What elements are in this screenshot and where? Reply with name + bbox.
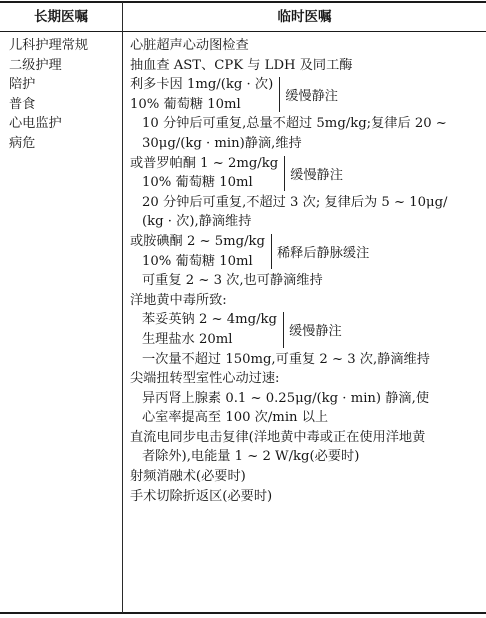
header-rule [0, 31, 486, 32]
temporary-order: 尖端扭转型室性心动过速: [130, 369, 482, 389]
drug-group-propafenone: 或普罗帕酮 1 ~ 2mg/kg 10% 葡萄糖 10ml 缓慢静注 [130, 154, 482, 193]
temporary-order: 手术切除折返区(必要时) [130, 487, 482, 507]
administration-note: 稀释后静脉缓注 [277, 242, 369, 261]
drug-diluent: 10% 葡萄糖 10ml [130, 173, 278, 193]
temporary-order: 心室率提高至 100 次/min 以上 [130, 408, 482, 428]
drug-dose: 或胺碘酮 2 ~ 5mg/kg [130, 232, 265, 252]
column-divider [122, 2, 123, 613]
temporary-order: 洋地黄中毒所致: [130, 291, 482, 311]
administration-note: 缓慢静注 [290, 164, 343, 183]
temporary-order: 异丙肾上腺素 0.1 ~ 0.25μg/(kg · min) 静滴,使 [130, 389, 482, 409]
drug-diluent: 10% 葡萄糖 10ml [130, 252, 265, 272]
drug-group-phenytoin: 苯妥英钠 2 ~ 4mg/kg 生理盐水 20ml 缓慢静注 [130, 310, 482, 349]
brace-bar [283, 312, 284, 347]
temporary-order: 直流电同步电击复律(洋地黄中毒或正在使用洋地黄 [130, 428, 482, 448]
table-bottom-rule [0, 612, 486, 614]
drug-diluent: 生理盐水 20ml [130, 330, 277, 350]
long-term-order: 病危 [9, 134, 119, 154]
temporary-order: 者除外),电能量 1 ~ 2 W/kg(必要时) [130, 447, 482, 467]
temporary-order: 抽血查 AST、CPK 与 LDH 及同工酶 [130, 56, 482, 76]
temporary-orders-column: 心脏超声心动图检查 抽血查 AST、CPK 与 LDH 及同工酶 利多卡因 1m… [130, 36, 482, 506]
temporary-order: 20 分钟后可重复,不超过 3 次; 复律后为 5 ~ 10μg/ [130, 193, 482, 213]
temporary-order: 30μg/(kg · min)静滴,维持 [130, 134, 482, 154]
temporary-order: 一次量不超过 150mg,可重复 2 ~ 3 次,静滴维持 [130, 350, 482, 370]
drug-group-amiodarone: 或胺碘酮 2 ~ 5mg/kg 10% 葡萄糖 10ml 稀释后静脉缓注 [130, 232, 482, 271]
long-term-order: 心电监护 [9, 114, 119, 134]
temporary-order: 可重复 2 ~ 3 次,也可静滴维持 [130, 271, 482, 291]
long-term-order: 二级护理 [9, 56, 119, 76]
temporary-order: 射频消融术(必要时) [130, 467, 482, 487]
drug-dose: 或普罗帕酮 1 ~ 2mg/kg [130, 154, 278, 174]
long-term-orders-column: 儿科护理常规 二级护理 陪护 普食 心电监护 病危 [9, 36, 119, 154]
drug-dose: 苯妥英钠 2 ~ 4mg/kg [130, 310, 277, 330]
temporary-order: 10 分钟后可重复,总量不超过 5mg/kg;复律后 20 ~ [130, 114, 482, 134]
long-term-order: 普食 [9, 95, 119, 115]
header-temporary-orders: 临时医嘱 [123, 3, 486, 31]
temporary-order: (kg · 次),静滴维持 [130, 212, 482, 232]
drug-group-lidocaine: 利多卡因 1mg/(kg · 次) 10% 葡萄糖 10ml 缓慢静注 [130, 75, 482, 114]
drug-diluent: 10% 葡萄糖 10ml [130, 95, 273, 115]
brace-bar [271, 234, 272, 269]
temporary-order: 心脏超声心动图检查 [130, 36, 482, 56]
medical-orders-table: 长期医嘱 临时医嘱 儿科护理常规 二级护理 陪护 普食 心电监护 病危 心脏超声… [0, 0, 486, 618]
administration-note: 缓慢静注 [285, 85, 338, 104]
administration-note: 缓慢静注 [289, 320, 342, 339]
brace-bar [279, 77, 280, 112]
long-term-order: 陪护 [9, 75, 119, 95]
drug-dose: 利多卡因 1mg/(kg · 次) [130, 75, 273, 95]
header-long-term-orders: 长期医嘱 [0, 3, 122, 31]
long-term-order: 儿科护理常规 [9, 36, 119, 56]
brace-bar [284, 156, 285, 191]
